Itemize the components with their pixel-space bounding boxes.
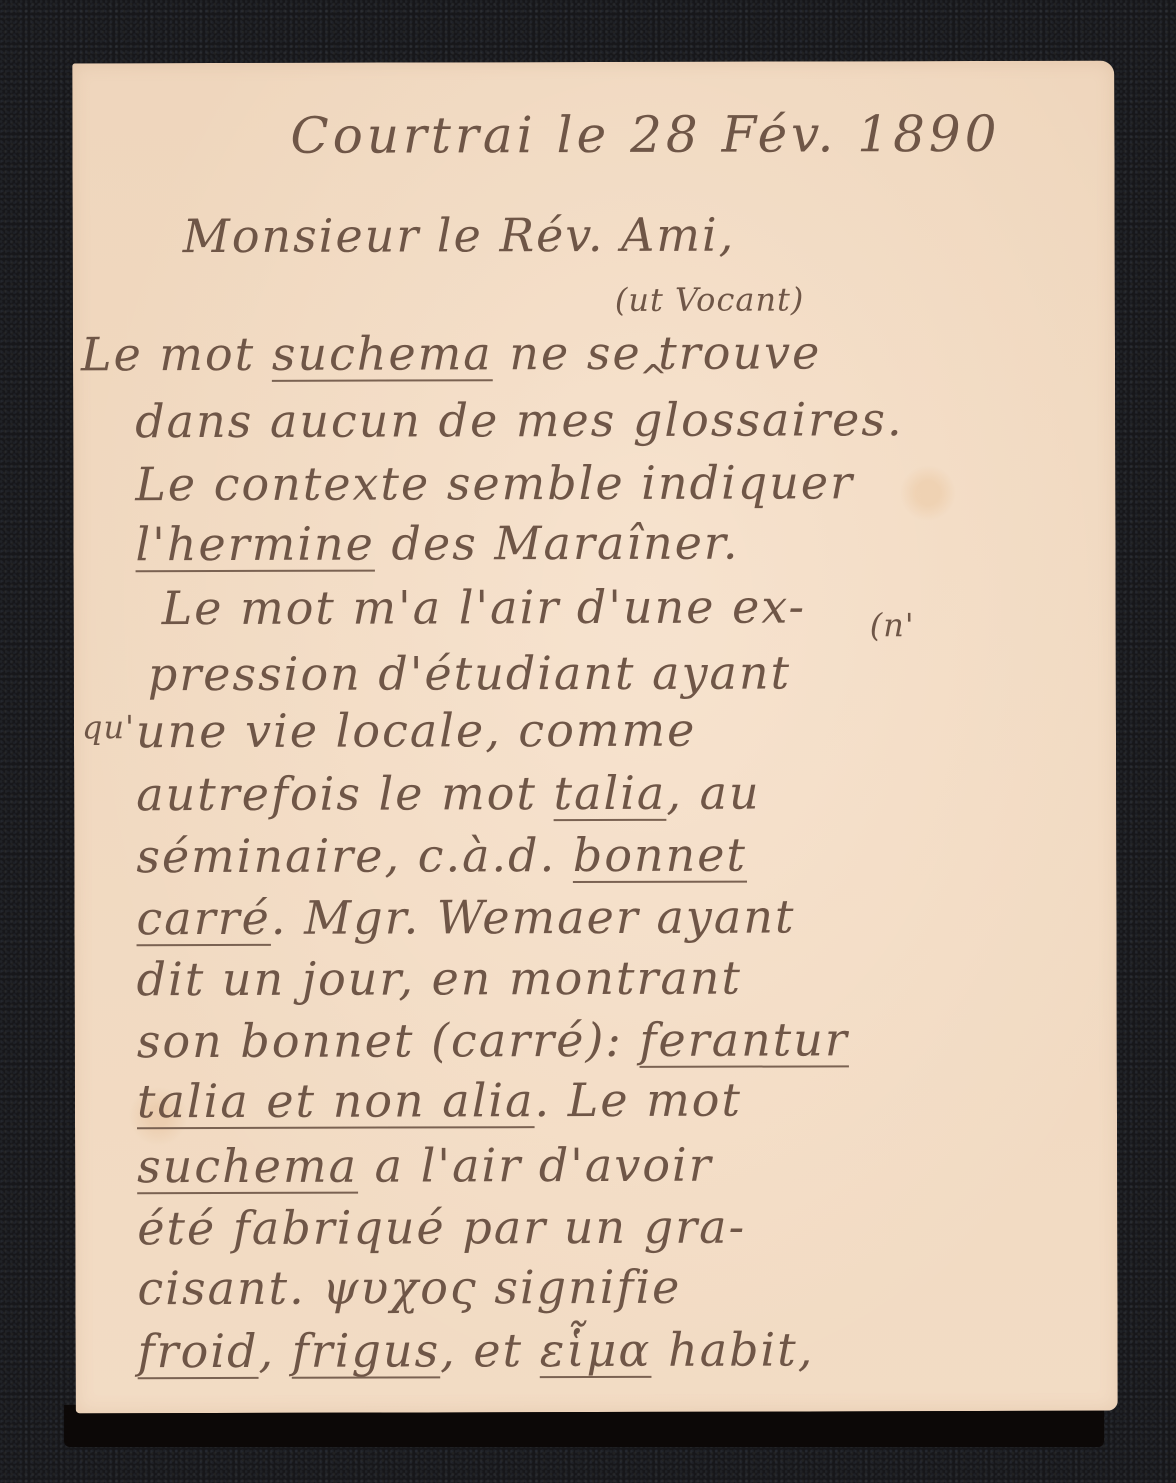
underlined-word: carré xyxy=(136,891,271,945)
body-line-11: dit un jour, en montrant xyxy=(137,955,742,1003)
text: . Mgr. Wemaer ayant xyxy=(271,889,796,944)
text: été fabriqué par un gra- xyxy=(137,1200,746,1256)
body-line-4: l'hermine des Maraîner. xyxy=(135,520,739,568)
insertion-ut-vocant: (ut Vocant) xyxy=(615,283,805,315)
underlined-word: ferantur xyxy=(639,1012,849,1067)
body-line-9: séminaire, c.à.d. bonnet xyxy=(136,832,747,880)
underlined-word: froid xyxy=(138,1324,259,1378)
text: Le contexte semble indiquer xyxy=(135,455,854,511)
text: séminaire, c.à.d. xyxy=(136,828,573,883)
underlined-phrase: talia et non alia xyxy=(137,1073,535,1128)
body-line-1: Le mot suchema ne se trouve xyxy=(81,329,821,377)
text: son bonnet (carré): xyxy=(137,1013,640,1068)
body-line-17: froid, frigus, et εἷμα habit, xyxy=(138,1326,815,1374)
body-line-6: pression d'étudiant ayant xyxy=(148,649,791,697)
body-line-5: Le mot m'a l'air d'une ex- xyxy=(162,583,806,631)
body-line-7: une vie locale, comme xyxy=(136,707,696,754)
underlined-word: frigus xyxy=(292,1323,441,1377)
underlined-word: l'hermine xyxy=(135,517,375,572)
text: dans aucun de mes glossaires. xyxy=(135,392,904,448)
text: dit un jour, en montrant xyxy=(137,951,742,1007)
body-line-13: talia et non alia. Le mot xyxy=(137,1077,742,1125)
underlined-word: talia xyxy=(553,766,666,820)
body-line-16: cisant. ψυχος signifie xyxy=(137,1264,681,1311)
salutation: Monsieur le Rév. Ami, xyxy=(183,212,736,259)
margin-note: qu' xyxy=(82,711,135,743)
underlined-word: bonnet xyxy=(573,828,747,882)
letter-page: Courtrai le 28 Fév. 1890 Monsieur le Rév… xyxy=(72,61,1118,1414)
text: Le mot xyxy=(81,327,272,381)
text: . Le mot xyxy=(534,1073,742,1128)
insertion-n: (n' xyxy=(870,609,915,641)
body-line-2: dans aucun de mes glossaires. xyxy=(135,396,904,444)
body-line-10: carré. Mgr. Wemaer ayant xyxy=(136,893,795,941)
underlined-word: suchema xyxy=(137,1139,358,1194)
text: pression d'étudiant ayant xyxy=(148,645,791,701)
body-line-12: son bonnet (carré): ferantur xyxy=(137,1016,849,1064)
text: autrefois le mot xyxy=(136,766,554,821)
dateline: Courtrai le 28 Fév. 1890 xyxy=(290,109,1000,161)
text: , et xyxy=(440,1323,540,1377)
text: , au xyxy=(666,766,760,820)
underlined-greek-word: εἷμα xyxy=(540,1323,652,1377)
text: Le mot m'a l'air d'une ex- xyxy=(162,579,806,635)
body-line-8: autrefois le mot talia, au xyxy=(136,770,761,818)
text: une vie locale, comme xyxy=(136,703,696,758)
text: , xyxy=(258,1324,291,1378)
text: cisant. ψυχος signifie xyxy=(137,1260,681,1315)
body-line-14: suchema a l'air d'avoir xyxy=(137,1142,713,1190)
text: des Maraîner. xyxy=(375,516,740,571)
underlined-word: suchema xyxy=(272,326,493,381)
text: habit, xyxy=(651,1322,814,1376)
body-line-3: Le contexte semble indiquer xyxy=(135,459,854,507)
text: a l'air d'avoir xyxy=(358,1138,713,1193)
body-line-15: été fabriqué par un gra- xyxy=(137,1204,746,1252)
